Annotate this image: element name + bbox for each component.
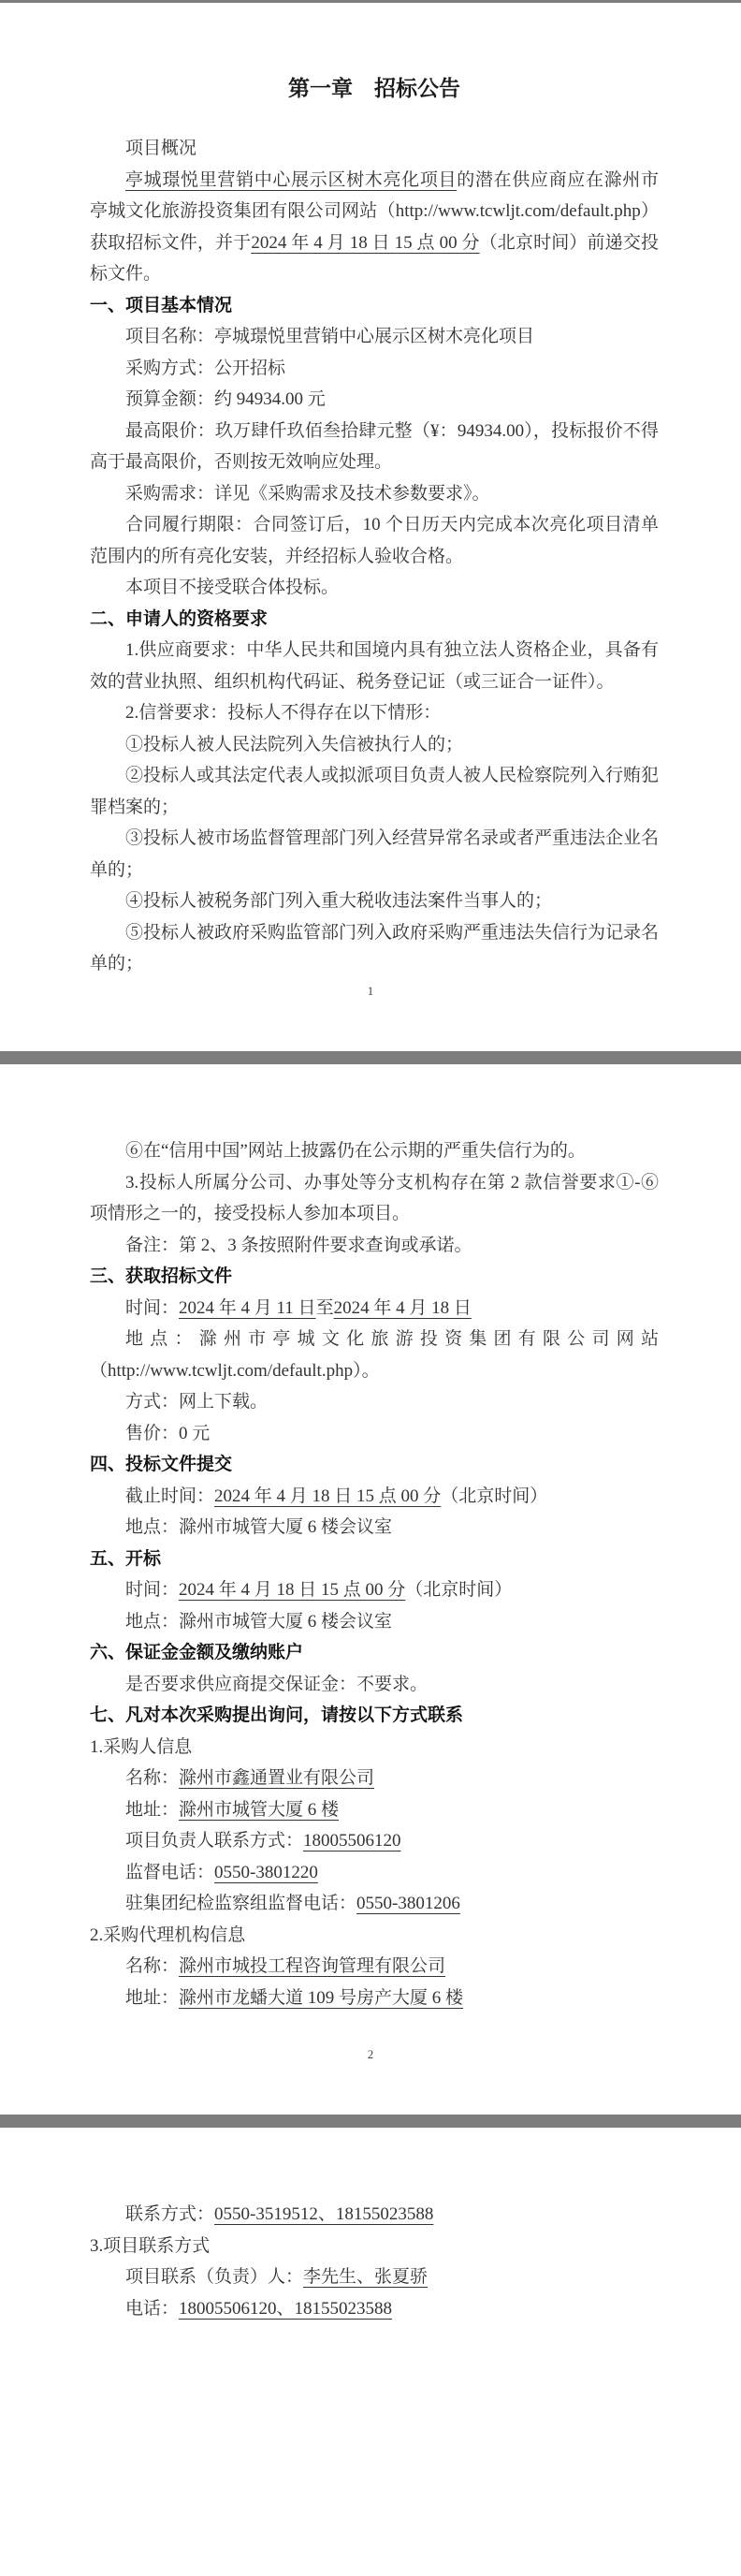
- text-run: 时间：: [125, 1580, 179, 1600]
- doc-line: 项目名称：亭城璟悦里营销中心展示区树木亮化项目: [90, 321, 659, 353]
- underlined-text: 0550-3519512、18155023588: [214, 2204, 433, 2224]
- chapter-title: 第一章 招标公告: [90, 73, 659, 103]
- text-run: ①投标人被人民法院列入失信被执行人的；: [125, 735, 463, 754]
- text-run: 地点：滁州市城管大厦 6 楼会议室: [125, 1517, 392, 1537]
- text-run: 监督电话：: [125, 1863, 214, 1882]
- text-run: 项目名称：亭城璟悦里营销中心展示区树木亮化项目: [125, 327, 534, 346]
- page-1-body: 项目概况亭城璟悦里营销中心展示区树木亮化项目的潜在供应商应在滁州市亭城文化旅游投…: [90, 133, 659, 980]
- doc-line: 地点：滁州市城管大厦 6 楼会议室: [90, 1512, 659, 1544]
- doc-line: 是否要求供应商提交保证金：不要求。: [90, 1669, 659, 1701]
- text-run: 是否要求供应商提交保证金：不要求。: [125, 1675, 428, 1694]
- underlined-text: 滁州市鑫通置业有限公司: [179, 1768, 374, 1788]
- doc-line: ②投标人或其法定代表人或拟派项目负责人被人民检察院列入行贿犯罪档案的；: [90, 760, 659, 823]
- page-2-body: ⑥在“信用中国”网站上披露仍在公示期的严重失信行为的。3.投标人所属分公司、办事…: [90, 1135, 659, 2013]
- text-run: 项目联系（负责）人：: [125, 2267, 303, 2287]
- text-run: ④投标人被税务部门列入重大税收违法案件当事人的；: [125, 891, 552, 911]
- text-run: 截止时间：: [125, 1486, 214, 1506]
- text-run: 四、投标文件提交: [90, 1455, 232, 1474]
- section-heading: 二、申请人的资格要求: [90, 604, 659, 636]
- text-run: 六、保证金金额及缴纳账户: [90, 1643, 303, 1662]
- underlined-text: 0550-3801220: [214, 1863, 318, 1882]
- text-run: 地点：滁州市亭城文化旅游投资集团有限公司网站: [125, 1329, 659, 1349]
- underlined-text: 李先生、张夏骄: [303, 2267, 428, 2287]
- text-run: 预算金额：约 94934.00 元: [125, 389, 326, 409]
- doc-line: （http://www.tcwljt.com/default.php）。: [90, 1355, 659, 1387]
- doc-line: 方式：网上下载。: [90, 1386, 659, 1418]
- text-run: ⑥在“信用中国”网站上披露仍在公示期的严重失信行为的。: [125, 1141, 586, 1161]
- text-run: 地址：: [125, 1800, 179, 1820]
- underlined-text: 18005506120、18155023588: [179, 2299, 392, 2319]
- underlined-text: 滁州市龙蟠大道 109 号房产大厦 6 楼: [179, 1988, 463, 2008]
- doc-line: 3.投标人所属分公司、办事处等分支机构存在第 2 款信誉要求①-⑥项情形之一的，…: [90, 1167, 659, 1230]
- text-run: 1.采购人信息: [90, 1737, 192, 1757]
- doc-line: 最高限价：玖万肆仟玖佰叁拾肆元整（¥：94934.00），投标报价不得高于最高限…: [90, 416, 659, 478]
- doc-line: 项目概况: [90, 133, 659, 165]
- text-run: 1.供应商要求：中华人民共和国境内具有独立法人资格企业，具备有效的营业执照、组织…: [90, 640, 659, 692]
- text-run: 3.投标人所属分公司、办事处等分支机构存在第 2 款信誉要求①-⑥项情形之一的，…: [90, 1173, 659, 1224]
- text-run: ③投标人被市场监督管理部门列入经营异常名录或者严重违法企业名单的；: [90, 828, 659, 880]
- doc-line: 项目联系（负责）人：李先生、张夏骄: [90, 2261, 659, 2293]
- text-run: 备注：第 2、3 条按照附件要求查询或承诺。: [125, 1236, 472, 1255]
- text-run: 五、开标: [90, 1549, 161, 1569]
- underlined-text: 滁州市城管大厦 6 楼: [179, 1800, 339, 1820]
- text-run: （北京时间）: [441, 1486, 547, 1506]
- section-heading: 五、开标: [90, 1544, 659, 1575]
- text-run: 名称：: [125, 1768, 179, 1788]
- doc-line: 地址：滁州市龙蟠大道 109 号房产大厦 6 楼: [90, 1983, 659, 2014]
- text-run: 2.采购代理机构信息: [90, 1925, 245, 1945]
- text-run: 联系方式：: [125, 2204, 214, 2224]
- document-page-3: 联系方式：0550-3519512、181550235883.项目联系方式项目联…: [0, 2128, 741, 2576]
- doc-line: 联系方式：0550-3519512、18155023588: [90, 2199, 659, 2231]
- text-run: 本项目不接受联合体投标。: [125, 578, 339, 597]
- doc-line: 3.项目联系方式: [90, 2231, 659, 2262]
- underlined-text: 2024 年 4 月 18 日 15 点 00 分: [214, 1486, 441, 1506]
- doc-line: 时间：2024 年 4 月 18 日 15 点 00 分（北京时间）: [90, 1574, 659, 1606]
- text-run: 采购方式：公开招标: [125, 359, 285, 378]
- text-run: 售价：0 元: [125, 1424, 210, 1443]
- text-run: 名称：: [125, 1956, 179, 1976]
- underlined-text: 2024 年 4 月 18 日 15 点 00 分: [251, 233, 479, 253]
- underlined-text: 亭城璟悦里营销中心展示区树木亮化项目: [125, 170, 457, 190]
- doc-line: ③投标人被市场监督管理部门列入经营异常名录或者严重违法企业名单的；: [90, 823, 659, 885]
- text-run: 采购需求：详见《采购需求及技术参数要求》。: [125, 484, 490, 504]
- document-page-1: 第一章 招标公告 项目概况亭城璟悦里营销中心展示区树木亮化项目的潜在供应商应在滁…: [0, 3, 741, 1051]
- doc-line: 1.供应商要求：中华人民共和国境内具有独立法人资格企业，具备有效的营业执照、组织…: [90, 635, 659, 697]
- text-run: 2.信誉要求：投标人不得存在以下情形：: [125, 703, 441, 723]
- doc-line: 2.信誉要求：投标人不得存在以下情形：: [90, 697, 659, 729]
- underlined-text: 2024 年 4 月 18 日 15 点 00 分: [179, 1580, 405, 1600]
- doc-line: ⑥在“信用中国”网站上披露仍在公示期的严重失信行为的。: [90, 1135, 659, 1167]
- document-page-2: ⑥在“信用中国”网站上披露仍在公示期的严重失信行为的。3.投标人所属分公司、办事…: [0, 1064, 741, 2115]
- underlined-text: 2024 年 4 月 18 日: [334, 1298, 472, 1318]
- doc-line: 采购需求：详见《采购需求及技术参数要求》。: [90, 478, 659, 510]
- doc-line: 名称：滁州市城投工程咨询管理有限公司: [90, 1951, 659, 1983]
- doc-line: 地点：滁州市亭城文化旅游投资集团有限公司网站: [90, 1324, 659, 1355]
- section-heading: 六、保证金金额及缴纳账户: [90, 1637, 659, 1669]
- doc-line: 电话：18005506120、18155023588: [90, 2293, 659, 2325]
- doc-line: 2.采购代理机构信息: [90, 1920, 659, 1952]
- doc-line: 名称：滁州市鑫通置业有限公司: [90, 1763, 659, 1794]
- text-run: 二、申请人的资格要求: [90, 609, 268, 629]
- text-run: 电话：: [125, 2299, 179, 2319]
- doc-line: ①投标人被人民法院列入失信被执行人的；: [90, 729, 659, 761]
- section-heading: 三、获取招标文件: [90, 1261, 659, 1293]
- page-number-1: 1: [0, 984, 741, 999]
- underlined-text: 18005506120: [303, 1831, 401, 1851]
- page-number-2: 2: [0, 2047, 741, 2062]
- section-heading: 一、项目基本情况: [90, 290, 659, 322]
- doc-line: 监督电话：0550-3801220: [90, 1857, 659, 1889]
- page-separator: [0, 2115, 741, 2128]
- text-run: 地址：: [125, 1988, 179, 2008]
- doc-line: 合同履行期限：合同签订后，10 个日历天内完成本次亮化项目清单范围内的所有亮化安…: [90, 509, 659, 572]
- underlined-text: 滁州市城投工程咨询管理有限公司: [179, 1956, 445, 1976]
- text-run: ⑤投标人被政府采购监管部门列入政府采购严重违法失信行为记录名单的；: [90, 923, 659, 974]
- text-run: 最高限价：玖万肆仟玖佰叁拾肆元整（¥：94934.00），投标报价不得高于最高限…: [90, 421, 659, 473]
- doc-line: 亭城璟悦里营销中心展示区树木亮化项目的潜在供应商应在滁州市亭城文化旅游投资集团有…: [90, 165, 659, 290]
- doc-line: ⑤投标人被政府采购监管部门列入政府采购严重违法失信行为记录名单的；: [90, 917, 659, 980]
- underlined-text: 2024 年 4 月 11 日: [179, 1298, 316, 1318]
- doc-line: 驻集团纪检监察组监督电话：0550-3801206: [90, 1888, 659, 1920]
- text-run: 项目负责人联系方式：: [125, 1831, 303, 1851]
- doc-line: 地点：滁州市城管大厦 6 楼会议室: [90, 1606, 659, 1638]
- text-run: 3.项目联系方式: [90, 2236, 210, 2256]
- doc-line: 时间：2024 年 4 月 11 日至2024 年 4 月 18 日: [90, 1293, 659, 1325]
- text-run: 方式：网上下载。: [125, 1392, 268, 1412]
- doc-line: 采购方式：公开招标: [90, 353, 659, 385]
- doc-line: 1.采购人信息: [90, 1732, 659, 1764]
- doc-line: 项目负责人联系方式：18005506120: [90, 1825, 659, 1857]
- page-3-body: 联系方式：0550-3519512、181550235883.项目联系方式项目联…: [90, 2199, 659, 2324]
- text-run: 时间：: [125, 1298, 179, 1318]
- doc-line: 备注：第 2、3 条按照附件要求查询或承诺。: [90, 1230, 659, 1262]
- text-run: 七、凡对本次采购提出询问，请按以下方式联系: [90, 1705, 463, 1725]
- doc-line: 本项目不接受联合体投标。: [90, 572, 659, 604]
- document-viewer: 第一章 招标公告 项目概况亭城璟悦里营销中心展示区树木亮化项目的潜在供应商应在滁…: [0, 0, 741, 2576]
- text-run: 一、项目基本情况: [90, 296, 232, 315]
- page-separator: [0, 1051, 741, 1064]
- text-run: （http://www.tcwljt.com/default.php）。: [90, 1361, 380, 1381]
- doc-line: 预算金额：约 94934.00 元: [90, 384, 659, 416]
- text-run: 至: [316, 1298, 334, 1318]
- doc-line: 售价：0 元: [90, 1418, 659, 1450]
- text-run: 项目概况: [125, 139, 196, 158]
- doc-line: ④投标人被税务部门列入重大税收违法案件当事人的；: [90, 885, 659, 917]
- text-run: 合同履行期限：合同签订后，10 个日历天内完成本次亮化项目清单范围内的所有亮化安…: [90, 515, 659, 566]
- doc-line: 截止时间：2024 年 4 月 18 日 15 点 00 分（北京时间）: [90, 1481, 659, 1513]
- text-run: ②投标人或其法定代表人或拟派项目负责人被人民检察院列入行贿犯罪档案的；: [90, 766, 659, 817]
- section-heading: 七、凡对本次采购提出询问，请按以下方式联系: [90, 1700, 659, 1732]
- underlined-text: 0550-3801206: [356, 1894, 460, 1913]
- text-run: （北京时间）: [405, 1580, 512, 1600]
- section-heading: 四、投标文件提交: [90, 1449, 659, 1481]
- doc-line: 地址：滁州市城管大厦 6 楼: [90, 1794, 659, 1826]
- text-run: 驻集团纪检监察组监督电话：: [125, 1894, 356, 1913]
- text-run: 地点：滁州市城管大厦 6 楼会议室: [125, 1612, 392, 1632]
- text-run: 三、获取招标文件: [90, 1266, 232, 1286]
